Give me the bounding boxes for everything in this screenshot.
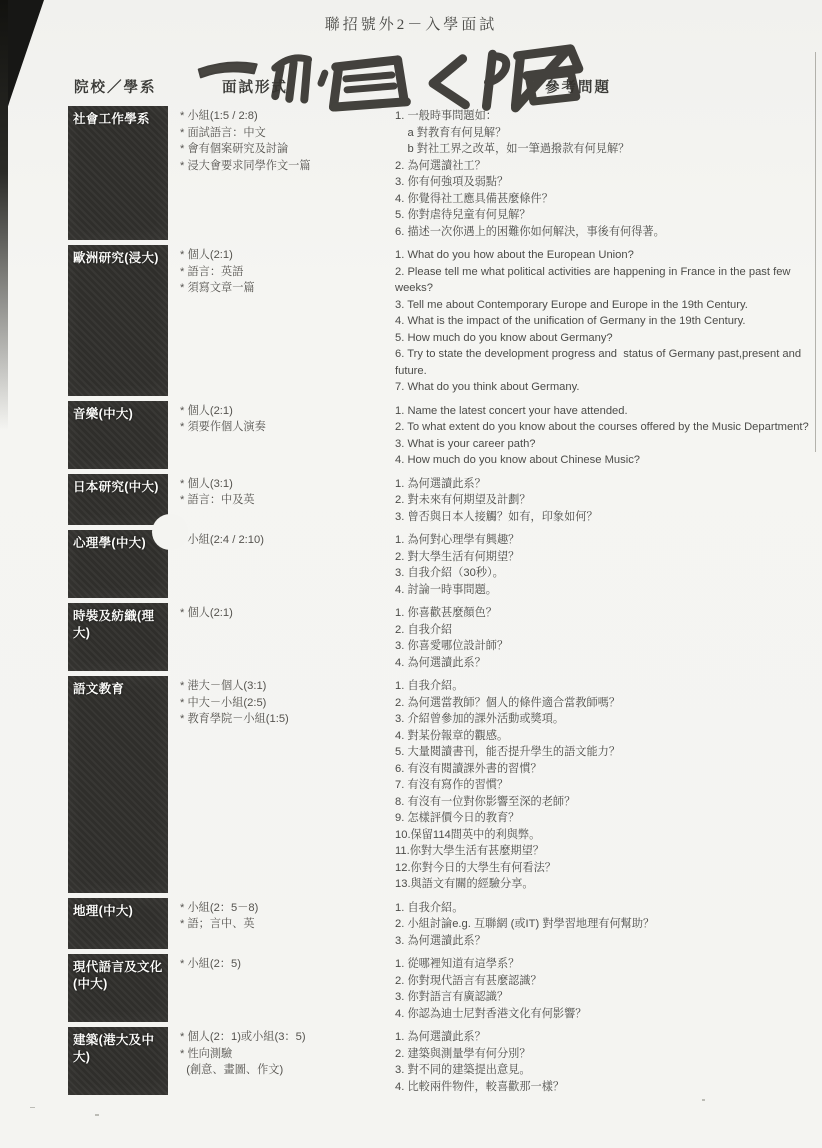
question-line: 1. 自我介紹。: [395, 900, 812, 917]
question-line: 12.你對今日的大學生有何看法？: [395, 860, 812, 877]
format-cell: * 個人(2:1)* 語言：英語* 須寫文章一篇: [168, 245, 395, 396]
format-cell: * 港大－個人(3:1)* 中大－小組(2:5)* 教育學院－小組(1:5): [168, 676, 395, 893]
format-line: * 浸大會要求同學作文一篇: [180, 158, 395, 175]
format-line: * 小組(2：5－8): [180, 900, 395, 917]
question-line: 6. 描述一次你遇上的困難你如何解決，事後有何得著。: [395, 224, 812, 241]
question-line: 4. 比較兩件物件，較喜歡那一樣？: [395, 1079, 812, 1096]
question-line: 2. 自我介紹: [395, 622, 812, 639]
question-line: 4. How much do you know about Chinese Mu…: [395, 452, 812, 469]
format-line: * 須要作個人演奏: [180, 419, 395, 436]
question-line: 6. 有沒有閱讀課外書的習慣？: [395, 761, 812, 778]
format-line: * 語言：英語: [180, 264, 395, 281]
question-line: 1. 為何對心理學有興趣？: [395, 532, 812, 549]
question-line: 3. 介紹曾參加的課外活動或獎項。: [395, 711, 812, 728]
format-line: * 語言：中及英: [180, 492, 395, 509]
scan-speck: [95, 1114, 99, 1116]
question-line: 1. What do you how about the European Un…: [395, 247, 812, 264]
questions-cell: 1. 一般時事問題如： a 對教育有何見解？ b 對社工界之改革，如一筆過撥款有…: [395, 106, 812, 240]
format-line: * 個人(3:1): [180, 476, 395, 493]
format-line: * 須寫文章一篇: [180, 280, 395, 297]
dept-label: 地理(中大): [73, 903, 164, 920]
question-line: 10.保留114間英中的利與弊。: [395, 827, 812, 844]
question-line: 4. 對某份報章的觀感。: [395, 728, 812, 745]
question-line: 7. 有沒有寫作的習慣？: [395, 777, 812, 794]
format-cell: * 小組(1:5 / 2:8)* 面試語言：中文* 會有個案研究及討論* 浸大會…: [168, 106, 395, 240]
question-line: 3. 你對語言有廣認識？: [395, 989, 812, 1006]
dept-box: 日本研究(中大): [68, 474, 168, 526]
question-line: 1. 為何選讀此系？: [395, 476, 812, 493]
question-line: 4. 討論一時事問題。: [395, 582, 812, 599]
questions-cell: 1. Name the latest concert your have att…: [395, 401, 812, 469]
scanned-document-page: 聯招號外2－入學面試 院校／學系 面試形式 參考問題: [0, 0, 822, 1148]
questions-cell: 1. 為何對心理學有興趣？2. 對大學生活有何期望？3. 自我介紹（30秒）。4…: [395, 530, 812, 598]
question-line: 3. 對不同的建築提出意見。: [395, 1062, 812, 1079]
dept-label: 心理學(中大): [73, 535, 164, 552]
dept-box: 地理(中大): [68, 898, 168, 950]
question-line: 2. 為何選當教師？個人的條件適合當教師嗎？: [395, 695, 812, 712]
question-line: 5. 你對虐待兒童有何見解？: [395, 207, 812, 224]
scan-speck: [30, 1107, 35, 1108]
format-cell: * 個人(2：1)或小組(3：5)* 性向測驗 (創意、畫圖、作文): [168, 1027, 395, 1095]
question-line: 2. 對未來有何期望及計劃？: [395, 492, 812, 509]
questions-cell: 1. 自我介紹。2. 小組討論e.g. 互聯網 (或IT) 對學習地理有何幫助？…: [395, 898, 812, 950]
format-line: * 小組(2：5): [180, 956, 395, 973]
question-line: a 對教育有何見解？: [395, 125, 812, 142]
scan-fold-line: [815, 52, 816, 452]
questions-cell: 1. 為何選讀此系？2. 對未來有何期望及計劃？3. 曾否與日本人接觸？如有，印…: [395, 474, 812, 526]
question-line: 3. What is your career path?: [395, 436, 812, 453]
format-cell: * 個人(2:1): [168, 603, 395, 671]
format-line: (創意、畫圖、作文): [180, 1062, 395, 1079]
table-row: 地理(中大)* 小組(2：5－8)* 語；言中、英1. 自我介紹。2. 小組討論…: [68, 898, 812, 950]
format-line: * 中大－小組(2:5): [180, 695, 395, 712]
dept-label: 日本研究(中大): [73, 479, 164, 496]
question-line: 1. 自我介紹。: [395, 678, 812, 695]
question-line: 5. 大量閱讀書刊，能否提升學生的語文能力？: [395, 744, 812, 761]
question-line: 4. 為何選讀此系？: [395, 655, 812, 672]
dept-label: 語文教育: [73, 681, 164, 698]
format-line: * 個人(2:1): [180, 403, 395, 420]
page-title: 聯招號外2－入學面試: [0, 13, 822, 34]
format-line: * 個人(2:1): [180, 605, 395, 622]
question-line: 3. 自我介紹（30秒）。: [395, 565, 812, 582]
format-line: * 個人(2：1)或小組(3：5): [180, 1029, 395, 1046]
dept-label: 社會工作學系: [73, 111, 164, 128]
table-row: 社會工作學系* 小組(1:5 / 2:8)* 面試語言：中文* 會有個案研究及討…: [68, 106, 812, 240]
table-row: 建築(港大及中大)* 個人(2：1)或小組(3：5)* 性向測驗 (創意、畫圖、…: [68, 1027, 812, 1095]
questions-cell: 1. What do you how about the European Un…: [395, 245, 812, 396]
format-line: * 性向測驗: [180, 1046, 395, 1063]
questions-cell: 1. 從哪裡知道有這學系？2. 你對現代語言有甚麼認識？3. 你對語言有廣認識？…: [395, 954, 812, 1022]
hole-punch-notch: [152, 514, 188, 550]
question-line: 2. 小組討論e.g. 互聯網 (或IT) 對學習地理有何幫助？: [395, 916, 812, 933]
question-line: 4. 你認為迪士尼對香港文化有何影響？: [395, 1006, 812, 1023]
dept-box: 現代語言及文化(中大): [68, 954, 168, 1022]
question-line: 1. 一般時事問題如：: [395, 108, 812, 125]
format-line: * 面試語言：中文: [180, 125, 395, 142]
question-line: 13.與語文有關的經驗分享。: [395, 876, 812, 893]
dept-box: 音樂(中大): [68, 401, 168, 469]
format-line: * 會有個案研究及討論: [180, 141, 395, 158]
scan-edge-artifact: [0, 0, 8, 430]
dept-label: 歐洲研究(浸大): [73, 250, 164, 267]
interview-table: 社會工作學系* 小組(1:5 / 2:8)* 面試語言：中文* 會有個案研究及討…: [68, 106, 812, 1100]
question-line: 3. 為何選讀此系？: [395, 933, 812, 950]
question-line: 1. Name the latest concert your have att…: [395, 403, 812, 420]
question-line: 4. 你覺得社工應具備甚麼條件？: [395, 191, 812, 208]
format-cell: * 小組(2:4 / 2:10): [168, 530, 395, 598]
question-line: 1. 你喜歡甚麼顏色？: [395, 605, 812, 622]
question-line: 1. 從哪裡知道有這學系？: [395, 956, 812, 973]
dept-box: 時裝及紡織(理大): [68, 603, 168, 671]
question-line: 8. 有沒有一位對你影響至深的老師？: [395, 794, 812, 811]
questions-cell: 1. 你喜歡甚麼顏色？2. 自我介紹3. 你喜愛哪位設計師？4. 為何選讀此系？: [395, 603, 812, 671]
question-line: 9. 怎樣評價今日的教育？: [395, 810, 812, 827]
question-line: 3. 你有何強項及弱點？: [395, 174, 812, 191]
questions-cell: 1. 自我介紹。2. 為何選當教師？個人的條件適合當教師嗎？3. 介紹曾參加的課…: [395, 676, 812, 893]
format-line: * 語；言中、英: [180, 916, 395, 933]
dept-box: 建築(港大及中大): [68, 1027, 168, 1095]
question-line: 5. How much do you know about Germany?: [395, 330, 812, 347]
question-line: 7. What do you think about Germany.: [395, 379, 812, 396]
dept-label: 現代語言及文化(中大): [73, 959, 164, 992]
question-line: 2. 建築與測量學有何分別？: [395, 1046, 812, 1063]
dept-box: 語文教育: [68, 676, 168, 893]
table-row: 現代語言及文化(中大)* 小組(2：5)1. 從哪裡知道有這學系？2. 你對現代…: [68, 954, 812, 1022]
format-line: * 小組(1:5 / 2:8): [180, 108, 395, 125]
table-row: 音樂(中大)* 個人(2:1)* 須要作個人演奏1. Name the late…: [68, 401, 812, 469]
question-line: 2. 為何選讀社工？: [395, 158, 812, 175]
column-header-reference-questions: 參考問題: [545, 76, 611, 97]
question-line: 3. 你喜愛哪位設計師？: [395, 638, 812, 655]
question-line: 4. What is the impact of the unification…: [395, 313, 812, 330]
table-row: 時裝及紡織(理大)* 個人(2:1)1. 你喜歡甚麼顏色？2. 自我介紹3. 你…: [68, 603, 812, 671]
format-cell: * 小組(2：5－8)* 語；言中、英: [168, 898, 395, 950]
dept-label: 時裝及紡織(理大): [73, 608, 164, 641]
format-line: * 港大－個人(3:1): [180, 678, 395, 695]
dept-label: 建築(港大及中大): [73, 1032, 164, 1065]
dept-box: 歐洲研究(浸大): [68, 245, 168, 396]
question-line: 3. 曾否與日本人接觸？如有，印象如何？: [395, 509, 812, 526]
format-line: * 個人(2:1): [180, 247, 395, 264]
format-cell: * 小組(2：5): [168, 954, 395, 1022]
question-line: 2. To what extent do you know about the …: [395, 419, 812, 436]
format-cell: * 個人(2:1)* 須要作個人演奏: [168, 401, 395, 469]
column-header-interview-format: 面試形式: [222, 76, 288, 97]
question-line: b 對社工界之改革，如一筆過撥款有何見解？: [395, 141, 812, 158]
question-line: 2. 對大學生活有何期望？: [395, 549, 812, 566]
questions-cell: 1. 為何選讀此系？2. 建築與測量學有何分別？3. 對不同的建築提出意見。4.…: [395, 1027, 812, 1095]
dept-label: 音樂(中大): [73, 406, 164, 423]
table-row: 語文教育* 港大－個人(3:1)* 中大－小組(2:5)* 教育學院－小組(1:…: [68, 676, 812, 893]
question-line: 2. Please tell me what political activit…: [395, 264, 812, 297]
format-line: * 小組(2:4 / 2:10): [180, 532, 395, 549]
question-line: 11.你對大學生活有甚麼期望？: [395, 843, 812, 860]
format-line: * 教育學院－小組(1:5): [180, 711, 395, 728]
question-line: 6. Try to state the development progress…: [395, 346, 812, 379]
column-header-school-dept: 院校／學系: [74, 76, 157, 97]
dept-box: 社會工作學系: [68, 106, 168, 240]
format-cell: * 個人(3:1)* 語言：中及英: [168, 474, 395, 526]
table-row: 歐洲研究(浸大)* 個人(2:1)* 語言：英語* 須寫文章一篇1. What …: [68, 245, 812, 396]
question-line: 2. 你對現代語言有甚麼認識？: [395, 973, 812, 990]
question-line: 1. 為何選讀此系？: [395, 1029, 812, 1046]
question-line: 3. Tell me about Contemporary Europe and…: [395, 297, 812, 314]
